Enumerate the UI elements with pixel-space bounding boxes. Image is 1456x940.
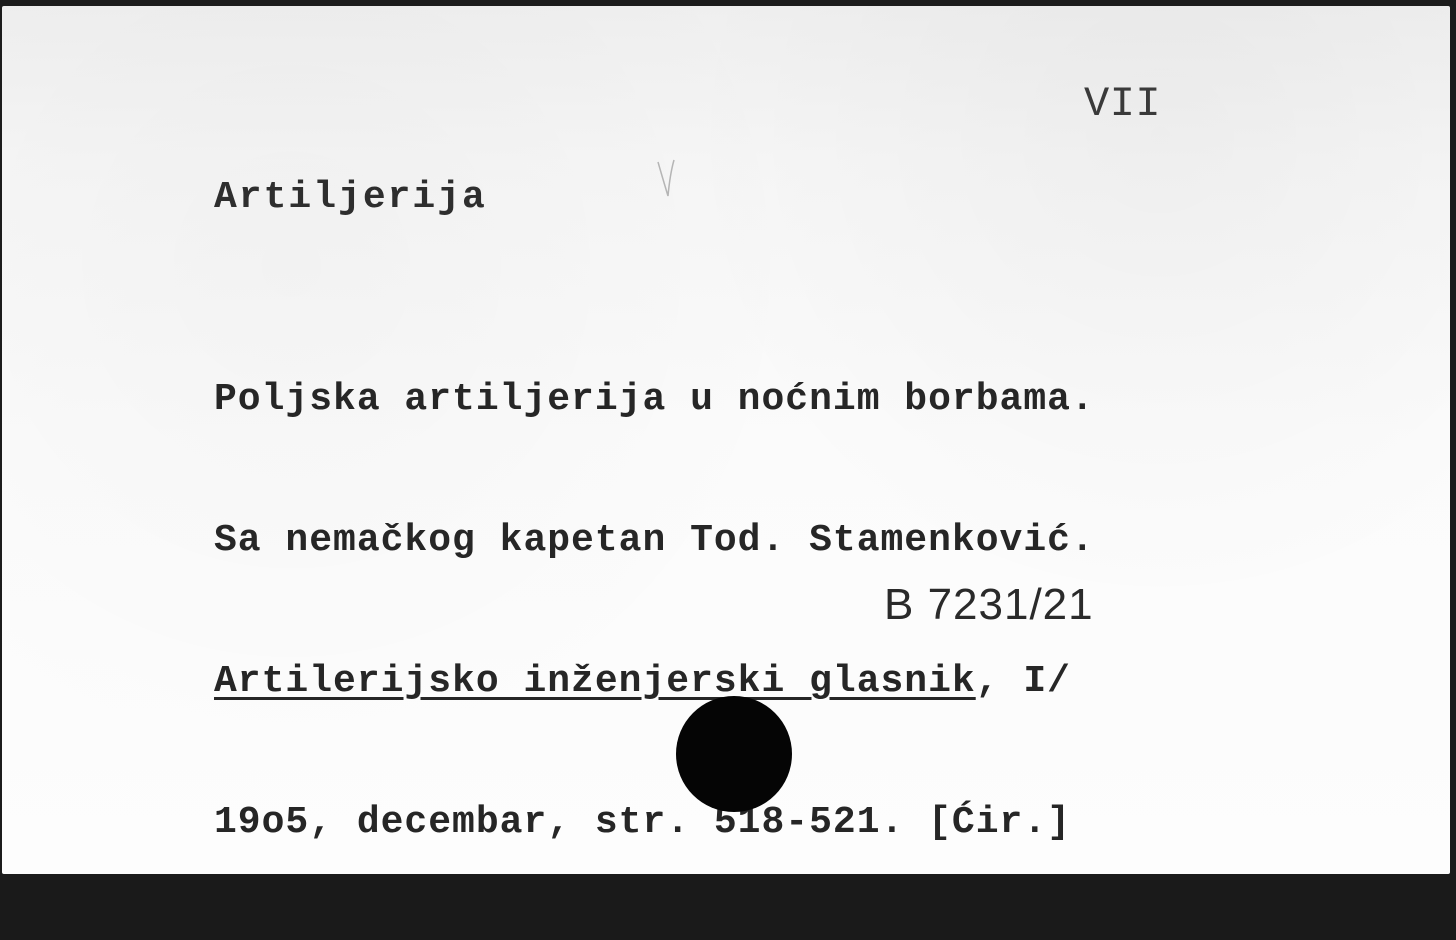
punch-hole-icon	[676, 696, 792, 812]
section-number: VII	[1084, 80, 1161, 128]
catalog-card: VII Artiljerija Poljska artiljerija u no…	[2, 6, 1450, 874]
check-mark-icon	[652, 156, 682, 216]
scan-background: VII Artiljerija Poljska artiljerija u no…	[0, 0, 1456, 880]
subject-heading: Artiljerija	[214, 176, 487, 219]
entry-citation-line: 19o5, decembar, str. 518-521. [Ćir.]	[214, 799, 1095, 846]
journal-volume: , I/	[976, 660, 1071, 703]
entry-title-line-1: Poljska artiljerija u noćnim borbama.	[214, 376, 1095, 423]
entry-journal-line: Artilerijsko inženjerski glasnik, I/	[214, 658, 1095, 705]
call-number: B 7231/21	[884, 580, 1094, 630]
journal-title: Artilerijsko inženjerski glasnik	[214, 660, 976, 703]
entry-title-line-2: Sa nemačkog kapetan Tod. Stamenković.	[214, 517, 1095, 564]
